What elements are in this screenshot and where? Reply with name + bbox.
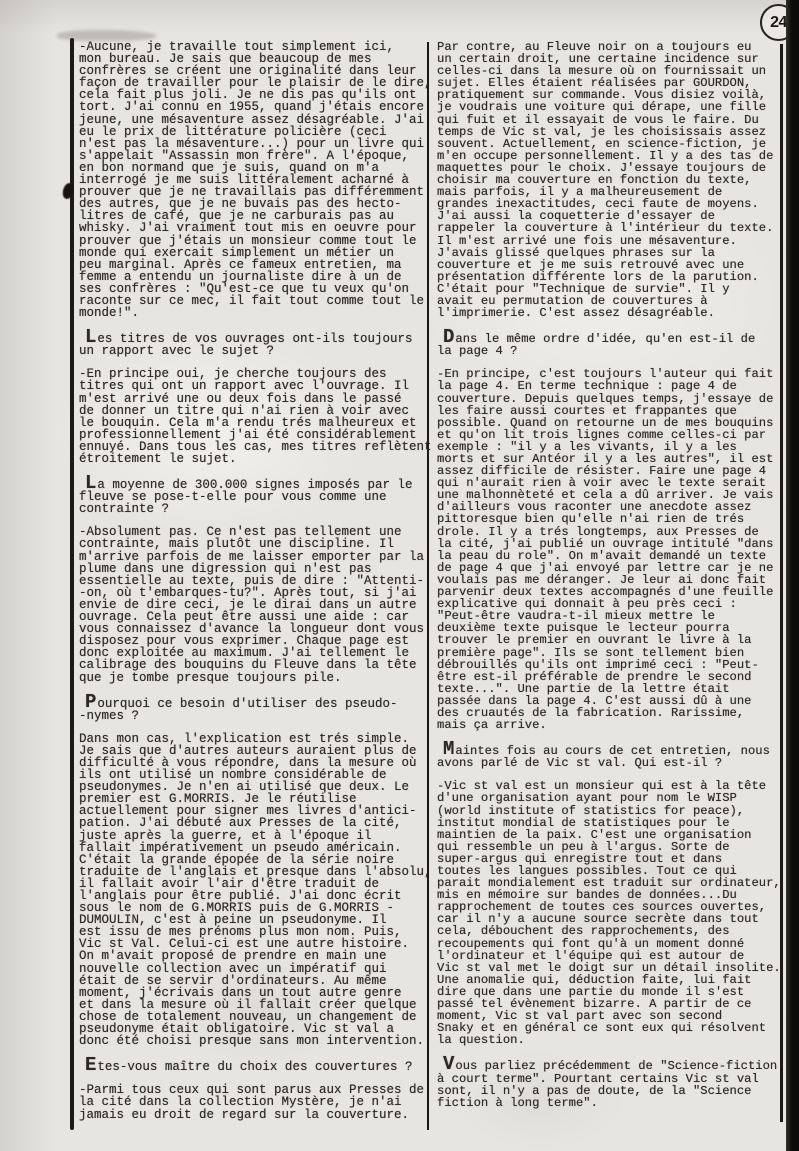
interview-answer: Par contre, au Fleuve noir on a toujours… xyxy=(437,41,781,319)
question-lead-letter: P xyxy=(85,691,97,713)
interview-answer: -Parmi tous ceux qui sont parus aux Pres… xyxy=(79,1084,427,1120)
question-lead-letter: M xyxy=(443,738,455,760)
right-text-column: Par contre, au Fleuve noir on a toujours… xyxy=(437,41,781,1109)
column-divider-rule xyxy=(427,42,429,1130)
question-lead-letter: L xyxy=(85,326,97,348)
interview-question: Etes-vous maître du choix des couverture… xyxy=(79,1061,427,1073)
interview-answer: -En principe, c'est toujours l'auteur qu… xyxy=(437,368,781,731)
left-text-column: -Aucune, je travaille tout simplement ic… xyxy=(79,41,427,1121)
scan-edge-bar xyxy=(786,0,799,1151)
page-number: 24 xyxy=(770,14,787,32)
question-lead-letter: D xyxy=(443,326,455,348)
interview-question: La moyenne de 300.000 signes imposés par… xyxy=(79,479,427,515)
interview-answer: -Absolument pas. Ce n'est pas tellement … xyxy=(79,526,427,683)
question-lead-letter: E xyxy=(85,1054,97,1076)
interview-question: Vous parliez précédemment de "Science-fi… xyxy=(437,1060,781,1108)
interview-answer: -Aucune, je travaille tout simplement ic… xyxy=(79,41,427,319)
interview-question: Les titres de vos ouvrages ont-ils toujo… xyxy=(79,333,427,357)
interview-answer: Dans mon cas, l'explication est trés sim… xyxy=(79,733,427,1047)
interview-question: Maintes fois au cours de cet entretien, … xyxy=(437,745,781,769)
question-lead-letter: L xyxy=(85,472,97,494)
interview-answer: -Vic st val est un monsieur qui est à la… xyxy=(437,780,781,1046)
question-lead-letter: V xyxy=(443,1053,455,1075)
interview-answer: -En principe oui, je cherche toujours de… xyxy=(79,368,427,465)
interview-question: Pourquoi ce besoin d'utiliser des pseudo… xyxy=(79,698,427,722)
scanned-page: -Aucune, je travaille tout simplement ic… xyxy=(0,0,799,1151)
interview-question: Dans le même ordre d'idée, qu'en est-il … xyxy=(437,333,781,357)
left-margin-rule xyxy=(70,38,74,1130)
